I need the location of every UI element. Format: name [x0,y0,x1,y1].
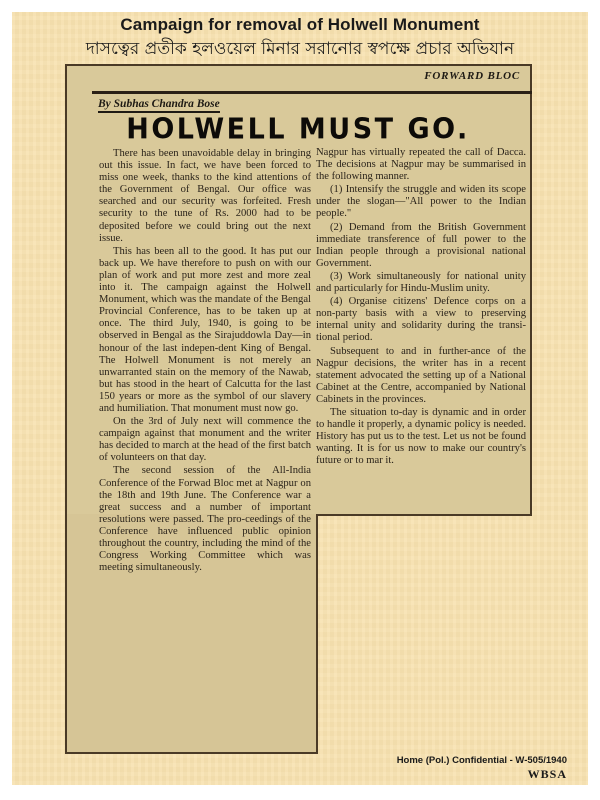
article-column-right: Nagpur has virtually repeated the call o… [316,147,526,468]
article-headline: HOLWELL MUST GO. [68,113,528,146]
clipping-edge [316,514,532,516]
page-title-bengali: দাসত্বের প্রতীক হলওয়েল মিনার সরানোর স্ব… [0,36,600,64]
newspaper-masthead: FORWARD BLOC [360,70,520,82]
article-byline: By Subhas Chandra Bose [98,97,220,113]
paragraph: The second session of the All-India Conf… [99,465,311,574]
archive-organization: WBSA [528,767,567,782]
paragraph: This has been all to the good. It has pu… [99,246,311,415]
article-column-left: There has been unavoidable delay in brin… [99,148,311,575]
archive-reference: Home (Pol.) Confidential - W-505/1940 [397,755,567,766]
paragraph: (3) Work simultaneously for national uni… [316,271,526,295]
paragraph: On the 3rd of July next will commence th… [99,416,311,464]
paragraph: (2) Demand from the British Government i… [316,222,526,270]
paragraph: Nagpur has virtually repeated the call o… [316,147,526,183]
masthead-rule [92,91,532,94]
paragraph: There has been unavoidable delay in brin… [99,148,311,245]
paragraph: Subsequent to and in further-ance of the… [316,346,526,406]
paragraph: (4) Organise citizens' Defence corps on … [316,296,526,344]
paragraph: (1) Intensify the struggle and widen its… [316,184,526,220]
page-title: Campaign for removal of Holwell Monument [0,15,600,35]
paragraph: The situation to-day is dynamic and in o… [316,407,526,467]
